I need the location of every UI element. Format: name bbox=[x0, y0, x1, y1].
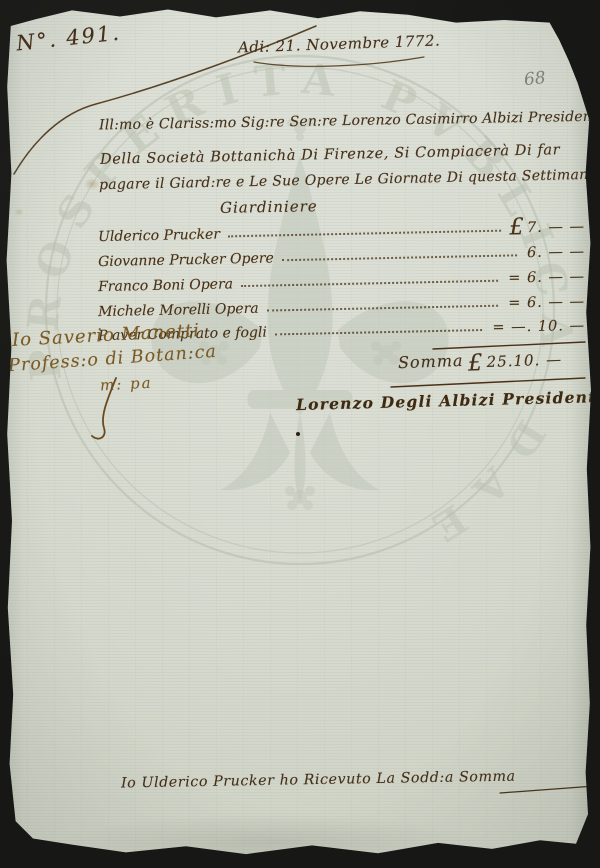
row-value: = —. 10. — bbox=[490, 318, 585, 336]
letter-line-society: Della Società Bottanichà Di Firenze, Si … bbox=[100, 142, 561, 168]
row-name: Franco Boni Opera bbox=[98, 276, 233, 295]
lira-sign: £ bbox=[468, 350, 485, 377]
row-name: Ulderico Prucker bbox=[98, 227, 220, 246]
paper-stain bbox=[84, 178, 100, 190]
somma-label: Somma bbox=[398, 351, 464, 372]
ink-dot bbox=[296, 432, 300, 436]
somma-rule-bottom bbox=[391, 378, 585, 387]
watermark-seal: PROSPERITA PVBLICA DAE bbox=[0, 0, 600, 868]
receipt-line: Io Ulderico Prucker ho Ricevuto La Sodd:… bbox=[121, 769, 516, 792]
somma-rule-top bbox=[433, 342, 585, 349]
lira-sign bbox=[490, 314, 491, 340]
row-amount: = 6. — — bbox=[508, 294, 585, 312]
dotted-leader bbox=[282, 254, 517, 261]
row-amount: = —. 10. — bbox=[492, 318, 585, 336]
row-amount: 6. — — bbox=[527, 244, 585, 261]
scan-background: PROSPERITA PVBLICA DAE bbox=[0, 0, 600, 868]
row-amount: = 6. — — bbox=[508, 269, 585, 287]
registry-number: N°. 491. bbox=[15, 21, 122, 56]
receipt-trailing-line bbox=[500, 786, 595, 793]
seal-ring-text-bottom: DAE bbox=[405, 412, 554, 563]
dotted-leader bbox=[241, 280, 498, 287]
letter-line-salutation: Ill:mo è Clariss:mo Sig:re Sen:re Lorenz… bbox=[99, 109, 600, 134]
dotted-leader bbox=[228, 230, 501, 238]
somma-amount: 25.10. — bbox=[486, 350, 562, 371]
row-value: = 6. — — bbox=[506, 269, 585, 287]
row-amount: 7. — — bbox=[527, 219, 585, 236]
signature-president: Lorenzo Degli Albizi Presidente bbox=[296, 387, 600, 414]
paper-sheet: PROSPERITA PVBLICA DAE bbox=[0, 0, 600, 868]
date-underline-stroke bbox=[254, 57, 424, 66]
dotted-leader bbox=[267, 305, 499, 312]
row-value: £7. — — bbox=[509, 219, 585, 237]
letter-line-payment: pagare il Giard:re e Le Sue Opere Le Gio… bbox=[99, 167, 597, 193]
somma-value: £25.10. — bbox=[468, 347, 563, 376]
margin-note-manu-propria: m: pa bbox=[100, 374, 153, 395]
date-line: Adi: 21. Novembre 1772. bbox=[238, 31, 441, 56]
ink-flourishes bbox=[0, 0, 600, 868]
paper-stain bbox=[14, 208, 24, 216]
row-value: = 6. — — bbox=[506, 294, 585, 312]
dotted-leader bbox=[275, 329, 483, 335]
ledger-heading: Giardiniere bbox=[220, 197, 318, 217]
row-value: 6. — — bbox=[525, 244, 585, 261]
folio-number-pencil: 68 bbox=[523, 68, 547, 90]
